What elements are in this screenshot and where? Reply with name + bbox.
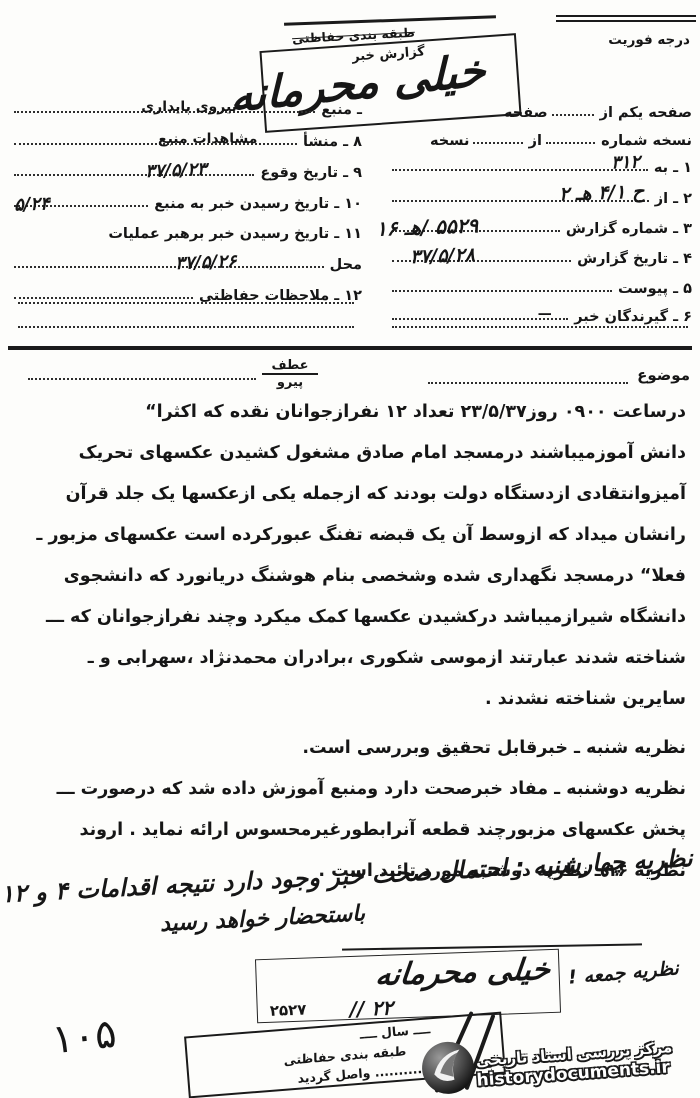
field-recipients: ۶ ـ گیرندگان خبر — [388,297,692,325]
field-from: ۲ ـ از ح ۴/۱ هـ ۲ [388,179,692,207]
field-to-value: ۳۱۲ [610,152,640,174]
field-report-number-fill: ۵۵۲۹ /هـ ۱۶ [392,214,560,232]
field-recipients-value: — [538,306,553,322]
body-line: دانش آموزمیباشند درمسجد امام صادق مشغول … [10,433,686,474]
field-occurrence-date-label: ۹ ـ تاریخ وقوع [260,165,362,181]
reference-block: عطف پیرو [262,358,318,390]
field-received-by-source: ۱۰ ـ تاریخ رسیدن خبر به منبع ۵/۲۴ [10,184,362,212]
field-from-label: ۲ ـ از [655,191,692,207]
field-received-by-ops: ۱۱ ـ تاریخ رسیدن خبر برهبر عملیات [10,214,362,242]
field-received-by-ops-value: ۳۷/۵/۲۶ [175,251,237,274]
field-origin-value: مشاهدات منبع [158,131,257,147]
watermark-logo-icon [419,1039,477,1097]
subject-label: موضوع [637,366,690,384]
field-report-date: ۴ ـ تاریخ گزارش ۳۷/۵/۲۸ [388,239,692,267]
field-from-value: ح ۴/۱ هـ ۲ [559,181,645,206]
field-occurrence-date-fill: ۳۷/۵/۲۳ [14,158,254,176]
field-occurrence-date-value: ۳۷/۵/۲۳ [144,159,206,182]
field-received-by-ops-label2: محل [330,257,362,273]
field-to-label: ۱ ـ به [654,160,692,176]
field-from-fill: ح ۴/۱ هـ ۲ [392,184,649,202]
registry-day: ۲۲ // [349,996,393,1021]
body-line: فعلا“ درمسجد نگهداری شده وشخصی بنام هوشن… [10,556,686,597]
field-security-remarks: ۱۲ ـ ملاحظات حفاظتی [10,276,362,304]
form-right-column: ۱ ـ به ۳۱۲ ۲ ـ از ح ۴/۱ هـ ۲ ۳ ـ شماره گ… [388,0,692,345]
form-left-column: ـ منبع نیروی پایداری ۸ ـ منشأ مشاهدات من… [10,0,362,345]
field-received-by-ops-label: ۱۱ ـ تاریخ رسیدن خبر برهبر عملیات [108,226,362,242]
body-line-monday-opinion: نظریه دوشنبه ـ مفاد خبرصحت دارد ومنبع آم… [10,769,686,810]
field-attachment: ۵ ـ پیوست [388,269,692,297]
right-filler-dots [392,326,688,328]
handwriting-underline [342,943,642,950]
reference-atf: عطف [262,358,318,375]
handwritten-page-number: ۱۰۵ [50,1011,119,1063]
body-line: سایرین شناخته نشدند . [10,679,686,720]
field-origin-label: ۸ ـ منشأ [303,134,362,150]
field-occurrence-date: ۹ ـ تاریخ وقوع ۳۷/۵/۲۳ [10,153,362,181]
watermark-text-block: مرکز بررسی اسناد تاریخی historydocuments… [475,1040,698,1087]
field-report-number: ۳ ـ شماره گزارش ۵۵۲۹ /هـ ۱۶ [388,209,692,237]
registry-number: ۲۵۲۷ [269,1001,306,1020]
body-line-saturday-opinion: نظریه شنبه ـ خبرقابل تحقیق وبررسی است. [10,728,686,769]
field-report-date-fill: ۳۷/۵/۲۸ [392,244,571,262]
subject-row: موضوع عطف پیرو [0,358,700,394]
field-origin: ۸ ـ منشأ مشاهدات منبع [10,122,362,150]
watermark: مرکز بررسی اسناد تاریخی historydocuments… [419,1031,699,1097]
left-filler-dots-1 [18,302,354,304]
body-line: شناخته شدند عبارتند ازموسی شکوری ،برادرا… [10,638,686,679]
left-filler-dots-2 [18,326,354,328]
section-separator-rule [8,346,692,350]
registry-stamp-box: خیلی محرمانه ۲۵۲۷ ۲۲ // [255,949,561,1024]
field-received-by-source-fill: ۵/۲۴ [14,189,148,207]
field-received-by-source-value: ۵/۲۴ [14,193,50,215]
scanned-report-page: درجه فوریت طبقه بندی حفاظتی گزارش خبر خی… [0,0,700,1098]
field-report-number-value: ۵۵۲۹ /هـ ۱۶ [376,213,479,241]
field-source-fill: نیروی پایداری [14,95,315,113]
body-line: آمیزوانتقادی ازدستگاه دولت بودند که ازجم… [10,474,686,515]
field-recipients-label: ۶ ـ گیرندگان خبر [574,309,692,325]
field-attachment-label: ۵ ـ پیوست [618,281,692,297]
field-received-by-ops-line2: محل ۳۷/۵/۲۶ [10,245,362,273]
subject-dash-line [428,382,628,384]
body-line: دانشگاه شیرازمیباشد درکشیدن عکسها کمک می… [10,597,686,638]
field-received-by-source-label: ۱۰ ـ تاریخ رسیدن خبر به منبع [154,196,362,212]
field-report-number-label: ۳ ـ شماره گزارش [566,221,692,237]
field-source: ـ منبع نیروی پایداری [10,90,362,118]
field-to: ۱ ـ به ۳۱۲ [388,148,692,176]
registry-scrawl: خیلی محرمانه [374,952,552,993]
reference-peyro: پیرو [262,375,318,390]
body-line: رانشان میداد که ازوسط آن یک قبضه تفنگ عب… [10,515,686,556]
field-attachment-fill [392,274,612,292]
wednesday-note-line2: باستحضار خواهد رسید [159,901,365,937]
body-line: درساعت ۰۹۰۰ روز۲۳/۵/۳۷ تعداد ۱۲ نفرازجوا… [10,392,686,433]
friday-handwritten-note: نظریه جمعه ! [567,957,679,989]
reference-dots [28,378,256,380]
field-report-date-value: ۳۷/۵/۲۸ [410,244,476,268]
field-recipients-fill: — [392,302,568,320]
field-to-fill: ۳۱۲ [392,153,648,171]
field-received-by-ops-fill: ۳۷/۵/۲۶ [14,250,324,268]
body-line: پخش عکسهای مزبورچند قطعه آنرابطورغیرمحسو… [10,810,686,851]
field-security-remarks-fill [14,281,193,299]
field-source-value: نیروی پایداری [141,99,237,115]
report-body: درساعت ۰۹۰۰ روز۲۳/۵/۳۷ تعداد ۱۲ نفرازجوا… [10,392,686,892]
field-source-label: ـ منبع [321,102,362,118]
field-report-date-label: ۴ ـ تاریخ گزارش [577,251,692,267]
field-origin-fill: مشاهدات منبع [14,127,297,145]
